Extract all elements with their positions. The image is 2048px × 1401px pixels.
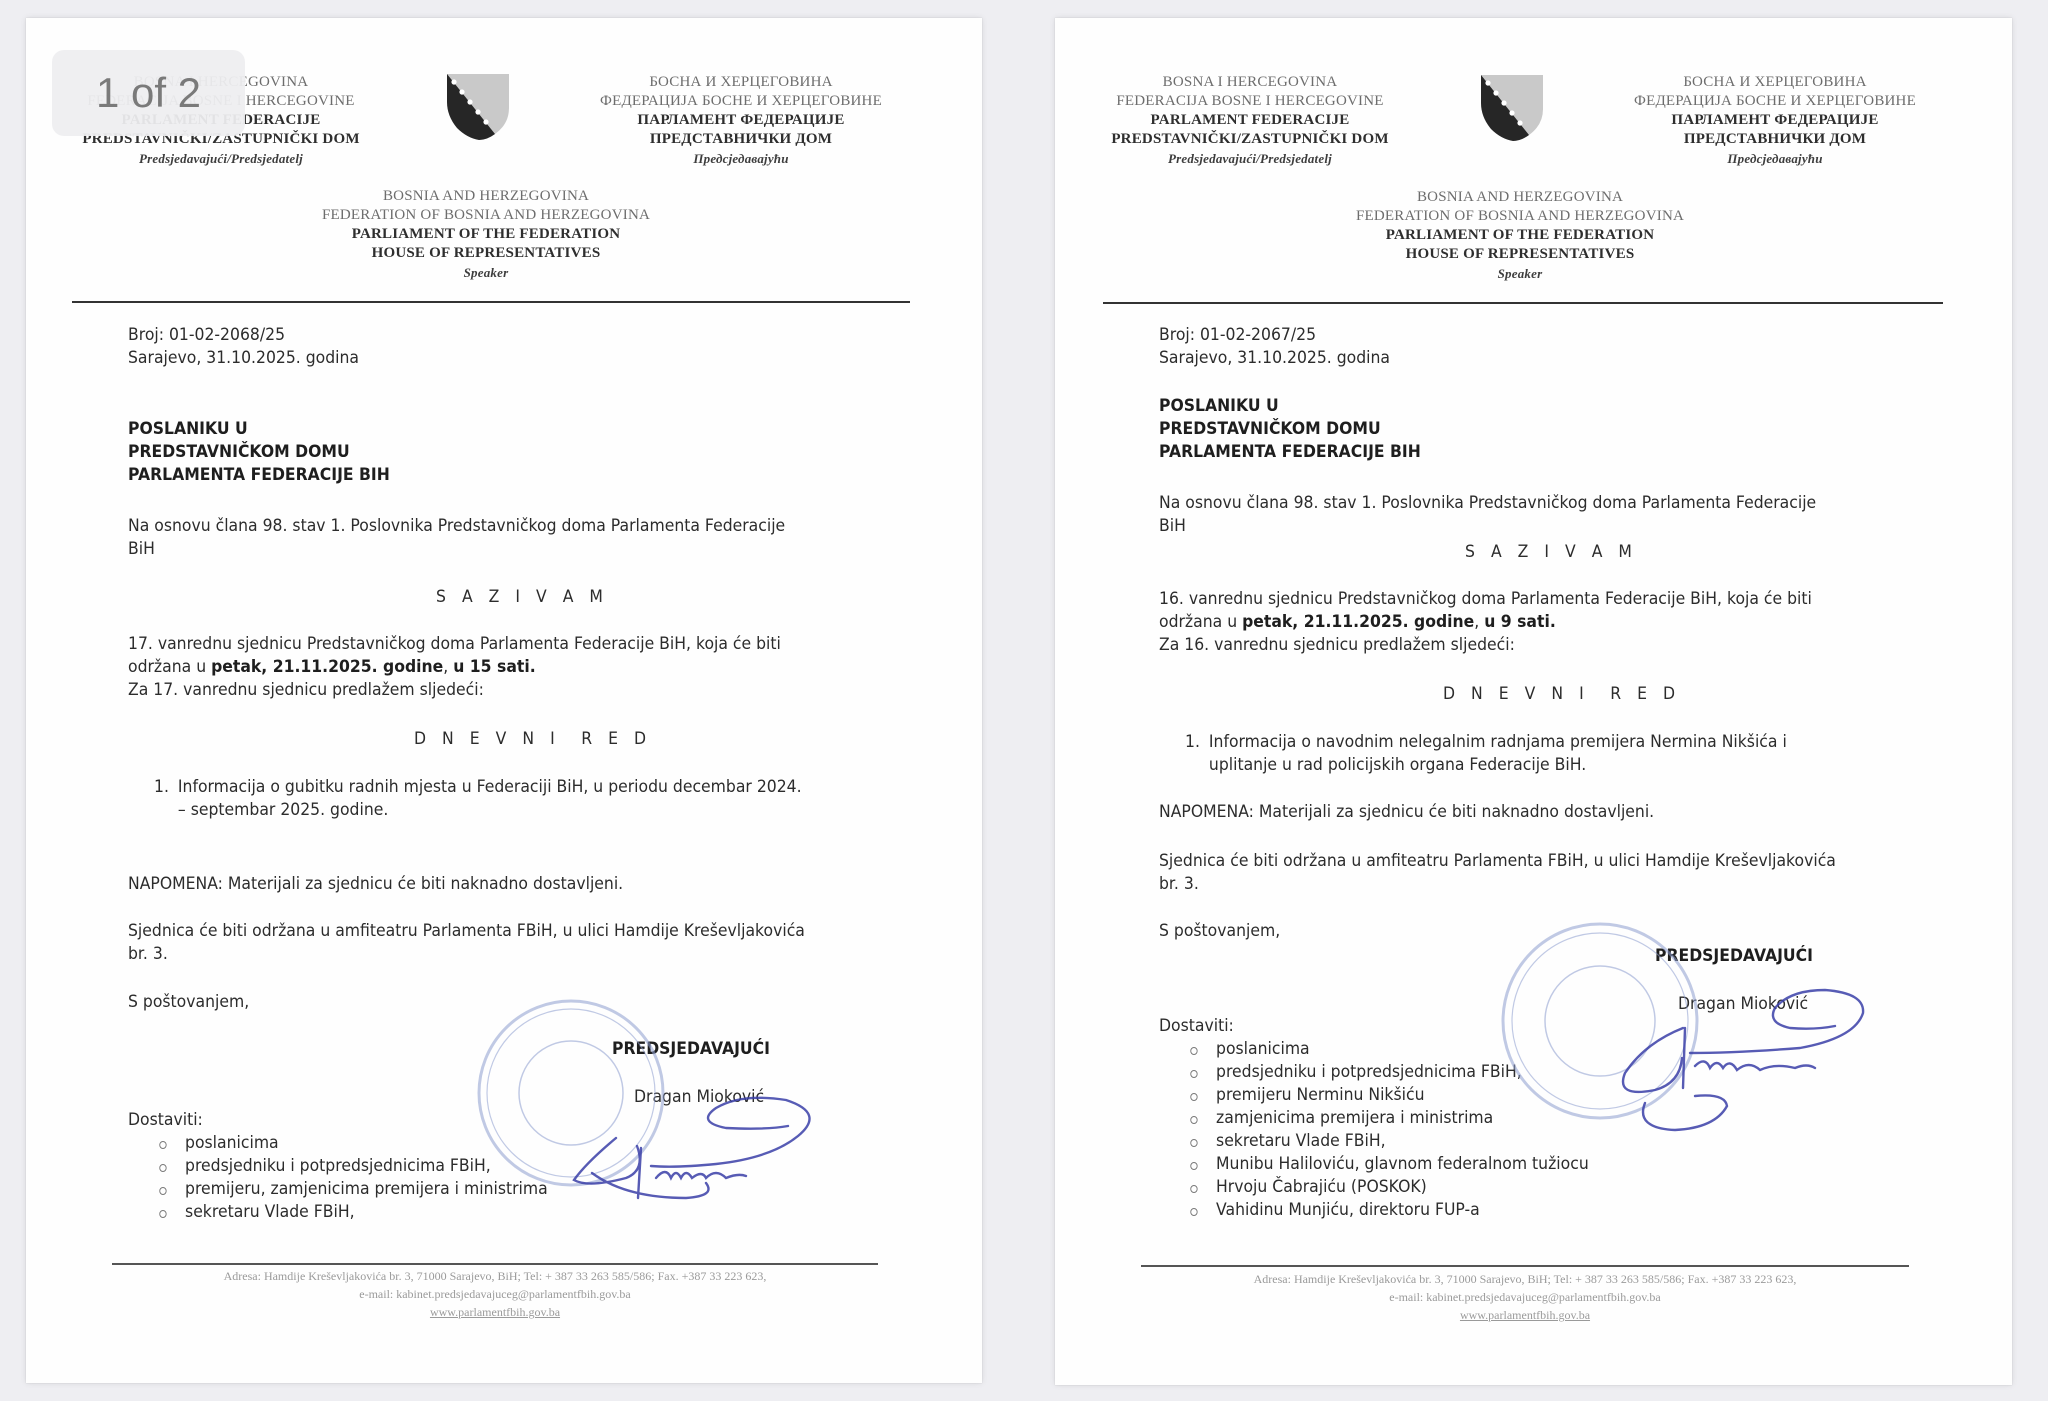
venue-line: Sjednica će biti održana u amfiteatru Pa… — [128, 920, 805, 943]
letterhead-cyrillic: БОСНА И ХЕРЦЕГОВИНА ФЕДЕРАЦИЈА БОСНЕ И Х… — [1600, 73, 1950, 168]
letterhead-cyrillic: БОСНА И ХЕРЦЕГОВИНА ФЕДЕРАЦИЈА БОСНЕ И Х… — [566, 73, 916, 168]
session-line: 17. vanrednu sjednicu Predstavničkog dom… — [128, 633, 781, 656]
session-line: održana u petak, 21.11.2025. godine, u 9… — [1159, 611, 1812, 634]
signatory-name: Dragan Mioković — [1678, 993, 1808, 1016]
letterhead-line: Предсједавајући — [1600, 149, 1950, 168]
session-date: petak, 21.11.2025. godine — [211, 657, 443, 677]
distribution-item: Vahidinu Munjiću, direktoru FUP-a — [1159, 1199, 1589, 1222]
agenda-item: 1.Informacija o gubitku radnih mjesta u … — [154, 776, 802, 822]
addressee-line: POSLANIKU U — [1159, 395, 1421, 418]
agenda-item: 1.Informacija o navodnim nelegalnim radn… — [1185, 731, 1787, 777]
distribution-item: poslanicima — [128, 1132, 548, 1155]
addressee-block: POSLANIKU U PREDSTAVNIČKOM DOMU PARLAMEN… — [1159, 395, 1421, 464]
distribution-label: Dostaviti: — [1159, 1015, 1234, 1038]
reference-number: Broj: 01-02-2068/25 — [128, 324, 359, 347]
letterhead-line: ПАРЛАМЕНТ ФЕДЕРАЦИЈЕ — [1600, 111, 1950, 130]
session-text: , — [1474, 612, 1484, 632]
agenda-heading: D N E V N I R E D — [1443, 683, 1681, 706]
convene-heading: S A Z I V A M — [1465, 541, 1637, 564]
letterhead-line: ПРЕДСТАВНИЧКИ ДОМ — [566, 130, 916, 149]
session-line: 16. vanrednu sjednicu Predstavničkog dom… — [1159, 588, 1812, 611]
agenda-item-text: – septembar 2025. godine. — [154, 799, 802, 822]
header-divider — [72, 301, 910, 303]
legal-basis: Na osnovu člana 98. stav 1. Poslovnika P… — [1159, 492, 1816, 538]
venue-line: Sjednica će biti održana u amfiteatru Pa… — [1159, 850, 1836, 873]
distribution-item: sekretaru Vlade FBiH, — [1159, 1130, 1589, 1153]
letterhead-line: BOSNA I HERCEGOVINA — [1085, 73, 1415, 92]
reference-block: Broj: 01-02-2067/25 Sarajevo, 31.10.2025… — [1159, 324, 1390, 370]
agenda-item-line: 1.Informacija o gubitku radnih mjesta u … — [154, 776, 802, 799]
session-line: Za 17. vanrednu sjednicu predlažem sljed… — [128, 679, 781, 702]
letterhead-line: Предсједавајући — [566, 149, 916, 168]
letterhead-line: FEDERATION OF BOSNIA AND HERZEGOVINA — [1310, 207, 1730, 226]
letterhead-english: BOSNIA AND HERZEGOVINA FEDERATION OF BOS… — [276, 187, 696, 282]
signatory-name: Dragan Mioković — [634, 1086, 764, 1109]
addressee-line: PREDSTAVNIČKOM DOMU — [1159, 418, 1421, 441]
session-paragraph: 16. vanrednu sjednicu Predstavničkog dom… — [1159, 588, 1812, 657]
letterhead-line: FEDERACIJA BOSNE I HERCEGOVINE — [1085, 92, 1415, 111]
distribution-item: predsjedniku i potpredsjednicima FBiH, — [128, 1155, 548, 1178]
distribution-item: zamjenicima premijera i ministrima — [1159, 1107, 1589, 1130]
letterhead-line: БОСНА И ХЕРЦЕГОВИНА — [1600, 73, 1950, 92]
signatory-title: PREDSJEDAVAJUĆI — [612, 1038, 770, 1061]
agenda-item-text: uplitanje u rad policijskih organa Feder… — [1185, 754, 1787, 777]
coat-of-arms-icon — [1479, 73, 1545, 143]
header-divider — [1103, 302, 1943, 304]
letterhead-line: ПРЕДСТАВНИЧКИ ДОМ — [1600, 130, 1950, 149]
session-date: petak, 21.11.2025. godine — [1242, 612, 1474, 632]
letterhead-line: HOUSE OF REPRESENTATIVES — [1310, 245, 1730, 264]
reference-block: Broj: 01-02-2068/25 Sarajevo, 31.10.2025… — [128, 324, 359, 370]
letterhead-line: Predsjedavajući/Predsjedatelj — [1085, 149, 1415, 168]
venue-line: br. 3. — [1159, 873, 1836, 896]
session-time: u 9 sati. — [1484, 612, 1556, 632]
session-time: u 15 sati. — [453, 657, 535, 677]
distribution-item: sekretaru Vlade FBiH, — [128, 1201, 548, 1224]
letterhead-line: Speaker — [276, 263, 696, 282]
session-line: Za 16. vanrednu sjednicu predlažem sljed… — [1159, 634, 1812, 657]
closing: S poštovanjem, — [128, 991, 249, 1014]
convene-heading: S A Z I V A M — [436, 586, 608, 609]
letterhead-line: ФЕДЕРАЦИЈА БОСНЕ И ХЕРЦЕГОВИНЕ — [566, 92, 916, 111]
addressee-line: PARLAMENTA FEDERACIJE BIH — [1159, 441, 1421, 464]
closing: S poštovanjem, — [1159, 920, 1280, 943]
reference-number: Broj: 01-02-2067/25 — [1159, 324, 1390, 347]
distribution-item: Hrvoju Čabrajiću (POSKOK) — [1159, 1176, 1589, 1199]
letterhead-english: BOSNIA AND HERZEGOVINA FEDERATION OF BOS… — [1310, 188, 1730, 283]
note: NAPOMENA: Materijali za sjednicu će biti… — [128, 873, 623, 896]
letterhead-latin: BOSNA I HERCEGOVINA FEDERACIJA BOSNE I H… — [1085, 73, 1415, 168]
footer-email: e-mail: kabinet.predsjedavajuceg@parlame… — [112, 1285, 878, 1303]
session-line: održana u petak, 21.11.2025. godine, u 1… — [128, 656, 781, 679]
page-indicator-badge: 1 of 2 — [52, 50, 245, 136]
letterhead-line: HOUSE OF REPRESENTATIVES — [276, 244, 696, 263]
session-text: održana u — [128, 657, 211, 677]
letterhead-line: Predsjedavajući/Predsjedatelj — [56, 149, 386, 168]
addressee-line: PREDSTAVNIČKOM DOMU — [128, 441, 390, 464]
basis-line: Na osnovu člana 98. stav 1. Poslovnika P… — [128, 515, 785, 538]
letterhead-line: БОСНА И ХЕРЦЕГОВИНА — [566, 73, 916, 92]
distribution-item: poslanicima — [1159, 1038, 1589, 1061]
agenda-item-text: Informacija o navodnim nelegalnim radnja… — [1209, 732, 1787, 752]
basis-line: Na osnovu člana 98. stav 1. Poslovnika P… — [1159, 492, 1816, 515]
distribution-list: poslanicima predsjedniku i potpredsjedni… — [1159, 1038, 1589, 1222]
distribution-item: premijeru, zamjenicima premijera i minis… — [128, 1178, 548, 1201]
venue-line: br. 3. — [128, 943, 805, 966]
letterhead-line: PREDSTAVNIČKI/ZASTUPNIČKI DOM — [1085, 130, 1415, 149]
footer-address: Adresa: Hamdije Kreševljakovića br. 3, 7… — [1141, 1270, 1909, 1288]
letterhead-line: PARLIAMENT OF THE FEDERATION — [1310, 226, 1730, 245]
distribution-item: Munibu Haliloviću, glavnom federalnom tu… — [1159, 1153, 1589, 1176]
footer-website-link[interactable]: www.parlamentfbih.gov.ba — [1141, 1306, 1909, 1324]
distribution-list: poslanicima predsjedniku i potpredsjedni… — [128, 1132, 548, 1224]
basis-line: BiH — [128, 538, 785, 561]
coat-of-arms-icon — [445, 72, 511, 142]
session-text: održana u — [1159, 612, 1242, 632]
agenda-item-text: Informacija o gubitku radnih mjesta u Fe… — [178, 777, 802, 797]
document-page-1: BOSNA I HERCEGOVINA FEDERACIJA BOSNE I H… — [26, 18, 982, 1383]
letterhead-line: BOSNIA AND HERZEGOVINA — [1310, 188, 1730, 207]
agenda-item-line: 1.Informacija o navodnim nelegalnim radn… — [1185, 731, 1787, 754]
letterhead-line: PARLIAMENT OF THE FEDERATION — [276, 225, 696, 244]
distribution-item: premijeru Nerminu Nikšiću — [1159, 1084, 1589, 1107]
agenda-heading: D N E V N I R E D — [414, 728, 652, 751]
basis-line: BiH — [1159, 515, 1816, 538]
letterhead-line: PARLAMENT FEDERACIJE — [1085, 111, 1415, 130]
letterhead-line: FEDERATION OF BOSNIA AND HERZEGOVINA — [276, 206, 696, 225]
legal-basis: Na osnovu člana 98. stav 1. Poslovnika P… — [128, 515, 785, 561]
note: NAPOMENA: Materijali za sjednicu će biti… — [1159, 801, 1654, 824]
agenda-item-number: 1. — [1185, 731, 1209, 754]
footer: Adresa: Hamdije Kreševljakovića br. 3, 7… — [112, 1267, 878, 1321]
signatory-title: PREDSJEDAVAJUĆI — [1655, 945, 1813, 968]
distribution-item: predsjedniku i potpredsjednicima FBiH, — [1159, 1061, 1589, 1084]
footer-address: Adresa: Hamdije Kreševljakovića br. 3, 7… — [112, 1267, 878, 1285]
document-date: Sarajevo, 31.10.2025. godina — [1159, 347, 1390, 370]
letterhead-line: ФЕДЕРАЦИЈА БОСНЕ И ХЕРЦЕГОВИНЕ — [1600, 92, 1950, 111]
footer-divider — [112, 1263, 878, 1265]
footer: Adresa: Hamdije Kreševljakovića br. 3, 7… — [1141, 1270, 1909, 1324]
addressee-line: PARLAMENTA FEDERACIJE BIH — [128, 464, 390, 487]
session-text: , — [443, 657, 453, 677]
footer-email: e-mail: kabinet.predsjedavajuceg@parlame… — [1141, 1288, 1909, 1306]
venue: Sjednica će biti održana u amfiteatru Pa… — [1159, 850, 1836, 896]
distribution-label: Dostaviti: — [128, 1109, 203, 1132]
footer-website-link[interactable]: www.parlamentfbih.gov.ba — [112, 1303, 878, 1321]
agenda-item-number: 1. — [154, 776, 178, 799]
venue: Sjednica će biti održana u amfiteatru Pa… — [128, 920, 805, 966]
letterhead-line: BOSNIA AND HERZEGOVINA — [276, 187, 696, 206]
addressee-line: POSLANIKU U — [128, 418, 390, 441]
session-paragraph: 17. vanrednu sjednicu Predstavničkog dom… — [128, 633, 781, 702]
document-page-2: BOSNA I HERCEGOVINA FEDERACIJA BOSNE I H… — [1055, 18, 2012, 1385]
letterhead-line: ПАРЛАМЕНТ ФЕДЕРАЦИЈЕ — [566, 111, 916, 130]
letterhead-line: Speaker — [1310, 264, 1730, 283]
addressee-block: POSLANIKU U PREDSTAVNIČKOM DOMU PARLAMEN… — [128, 418, 390, 487]
document-date: Sarajevo, 31.10.2025. godina — [128, 347, 359, 370]
footer-divider — [1141, 1265, 1909, 1267]
